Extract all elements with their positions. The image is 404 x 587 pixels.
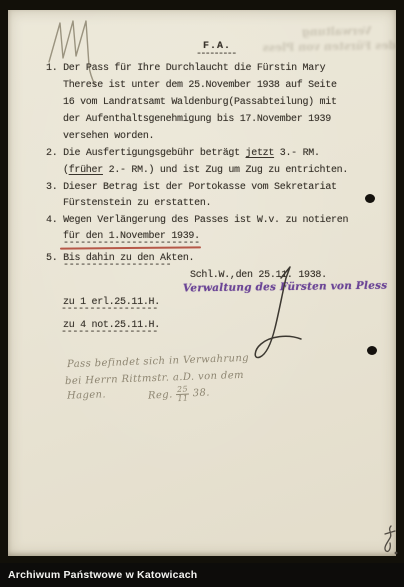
item4-line1: 4. Wegen Verlängerung des Passes ist W.v… <box>46 215 348 226</box>
handwritten-reg-note: Reg. 2511 38. <box>148 384 211 404</box>
item2-line1-post: 3.- RM. <box>274 148 320 159</box>
item2-word-jetzt: jetzt <box>246 148 275 159</box>
handwritten-note-line3: Hagen. <box>67 389 106 401</box>
ghost-stamp-bleedthrough: Verwaltungdes Fürsten von Pless <box>278 23 397 55</box>
reg-date-fraction: 2511 <box>176 385 190 403</box>
item2-line1: 2. Die Ausfertigungsgebühr beträgt jetzt… <box>46 148 320 159</box>
item1-line4: der Aufenthaltsgenehmigung bis 17.Novemb… <box>63 114 331 125</box>
heading-underline: --------- <box>196 49 236 60</box>
ghost-stamp-line2: des Fürsten von Pless <box>262 39 396 54</box>
scanned-document-page: Verwaltungdes Fürsten von Pless F.A. ---… <box>0 0 404 587</box>
item3-line1: 3. Dieser Betrag ist der Portokasse vom … <box>46 182 337 193</box>
ghost-stamp-line1: Verwaltung <box>302 24 372 38</box>
item1-line5: versehen worden. <box>63 131 154 142</box>
reg-label: Reg. <box>148 389 173 401</box>
item2-line2-post: 2.- RM.) und ist Zug um Zug zu entrichte… <box>103 165 348 176</box>
item1-line3: 16 vom Landratsamt Waldenburg(Passabteil… <box>63 97 337 108</box>
note-zu1-underline: ----------------- <box>61 304 158 315</box>
reg-month: 11 <box>176 394 189 403</box>
item2-line2: (früher 2.- RM.) und ist Zug um Zug zu e… <box>63 165 348 176</box>
item5-dashed-underline: ------------------- <box>63 260 171 271</box>
item1-line1: 1. Der Pass für Ihre Durchlaucht die Für… <box>46 63 325 74</box>
item1-line2: Therese ist unter dem 25.November 1938 a… <box>63 80 337 91</box>
item3-line2: Fürstenstein zu erstatten. <box>63 198 211 209</box>
reg-year: 38. <box>193 387 211 399</box>
archive-caption-bar: Archiwum Państwowe w Katowicach <box>0 563 404 587</box>
hole-punch-top <box>365 194 375 203</box>
signature-flourish <box>245 264 315 364</box>
archive-name-label: Archiwum Państwowe w Katowicach <box>0 569 197 581</box>
item2-word-frueher: früher <box>69 165 103 176</box>
corner-paraph-mark <box>379 522 401 562</box>
hole-punch-bottom <box>367 346 377 355</box>
note-zu4-underline: ----------------- <box>61 327 158 338</box>
item2-line1-pre: 2. Die Ausfertigungsgebühr beträgt <box>46 148 246 159</box>
